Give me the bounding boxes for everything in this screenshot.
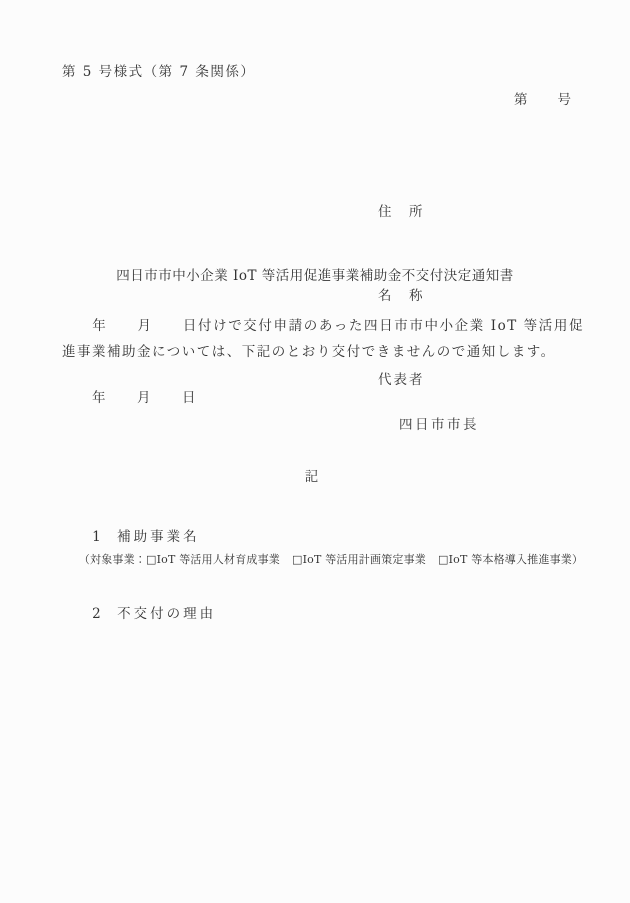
recipient-name-label: 名 称: [378, 282, 425, 310]
section-2-heading-row: 2不交付の理由: [63, 590, 216, 638]
target-projects-suffix: ）: [572, 553, 583, 566]
target-project-option-3: IoT 等本格導入推進事業: [449, 553, 572, 566]
section-2-number: 2: [92, 606, 117, 622]
target-project-option-2: IoT 等活用計画策定事業: [303, 553, 426, 566]
checkbox-icon-1: □: [146, 553, 157, 566]
document-number: 第 号: [514, 92, 572, 108]
checkbox-icon-2: □: [292, 553, 303, 566]
recipient-address-label: 住 所: [378, 198, 425, 226]
section-2-heading: 不交付の理由: [117, 606, 216, 622]
checkbox-icon-3: □: [438, 553, 449, 566]
issue-date-line: 年 月 日: [62, 390, 197, 406]
record-marker: 記: [0, 465, 624, 485]
recipient-block: 住 所 名 称 代表者: [378, 142, 425, 450]
target-projects-prefix: （対象事業：: [79, 553, 146, 566]
sender-mayor-name: 四日市市長: [399, 417, 479, 433]
form-number-note: 第 5 号様式（第 7 条関係）: [62, 64, 255, 80]
target-project-option-1: IoT 等活用人材育成事業: [157, 553, 280, 566]
document-title: 四日市市中小企業 IoT 等活用促進事業補助金不交付決定通知書: [0, 264, 630, 284]
document-page: 第 5 号様式（第 7 条関係） 第 号 住 所 名 称 代表者 四日市市中小企…: [0, 0, 630, 903]
recipient-representative-label: 代表者: [378, 366, 425, 394]
notification-body: 年 月 日付けで交付申請のあった四日市市中小企業 IoT 等活用促進事業補助金に…: [62, 313, 584, 365]
section-1-target-projects: （対象事業：□IoT 等活用人材育成事業□IoT 等活用計画策定事業□IoT 等…: [64, 536, 583, 584]
